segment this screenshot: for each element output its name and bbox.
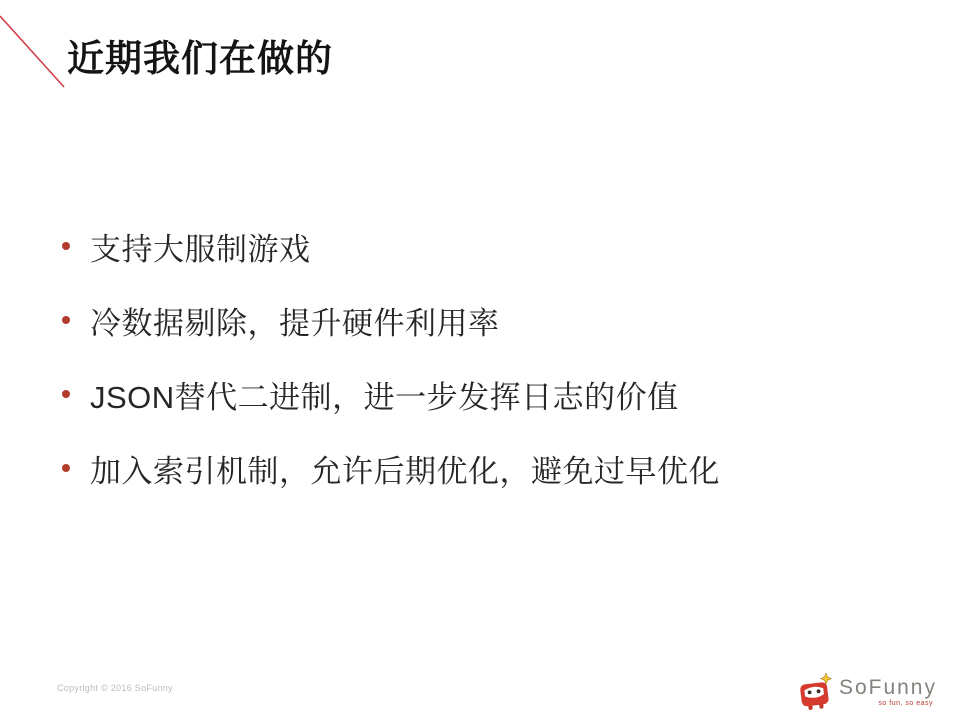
sofunny-robot-icon (798, 671, 836, 713)
logo-tagline-text: so fun, so easy (878, 700, 933, 707)
bullet-icon (62, 390, 70, 398)
bullet-text: 支持大服制游戏 (90, 224, 311, 269)
bullet-icon (62, 464, 70, 472)
bullet-text: 加入索引机制，允许后期优化，避免过早优化 (90, 446, 720, 491)
list-item: JSON替代二进制，进一步发挥日志的价值 (62, 376, 720, 412)
logo-text-block: SoFunny so fun, so easy (839, 671, 937, 707)
presentation-slide: 近期我们在做的 支持大服制游戏 冷数据剔除，提升硬件利用率 JSON替代二进制，… (0, 0, 959, 720)
bullet-icon (62, 316, 70, 324)
bullet-text: 冷数据剔除，提升硬件利用率 (90, 298, 500, 343)
bullet-list: 支持大服制游戏 冷数据剔除，提升硬件利用率 JSON替代二进制，进一步发挥日志的… (62, 228, 720, 524)
sofunny-logo: SoFunny so fun, so easy (798, 671, 937, 713)
logo-brand-text: SoFunny (839, 677, 937, 698)
page-title: 近期我们在做的 (67, 28, 333, 82)
bullet-icon (62, 242, 70, 250)
list-item: 支持大服制游戏 (62, 228, 720, 264)
list-item: 冷数据剔除，提升硬件利用率 (62, 302, 720, 338)
bullet-text: JSON替代二进制，进一步发挥日志的价值 (90, 372, 679, 417)
list-item: 加入索引机制，允许后期优化，避免过早优化 (62, 450, 720, 486)
copyright-text: Copyright © 2016 SoFunny (57, 683, 173, 693)
